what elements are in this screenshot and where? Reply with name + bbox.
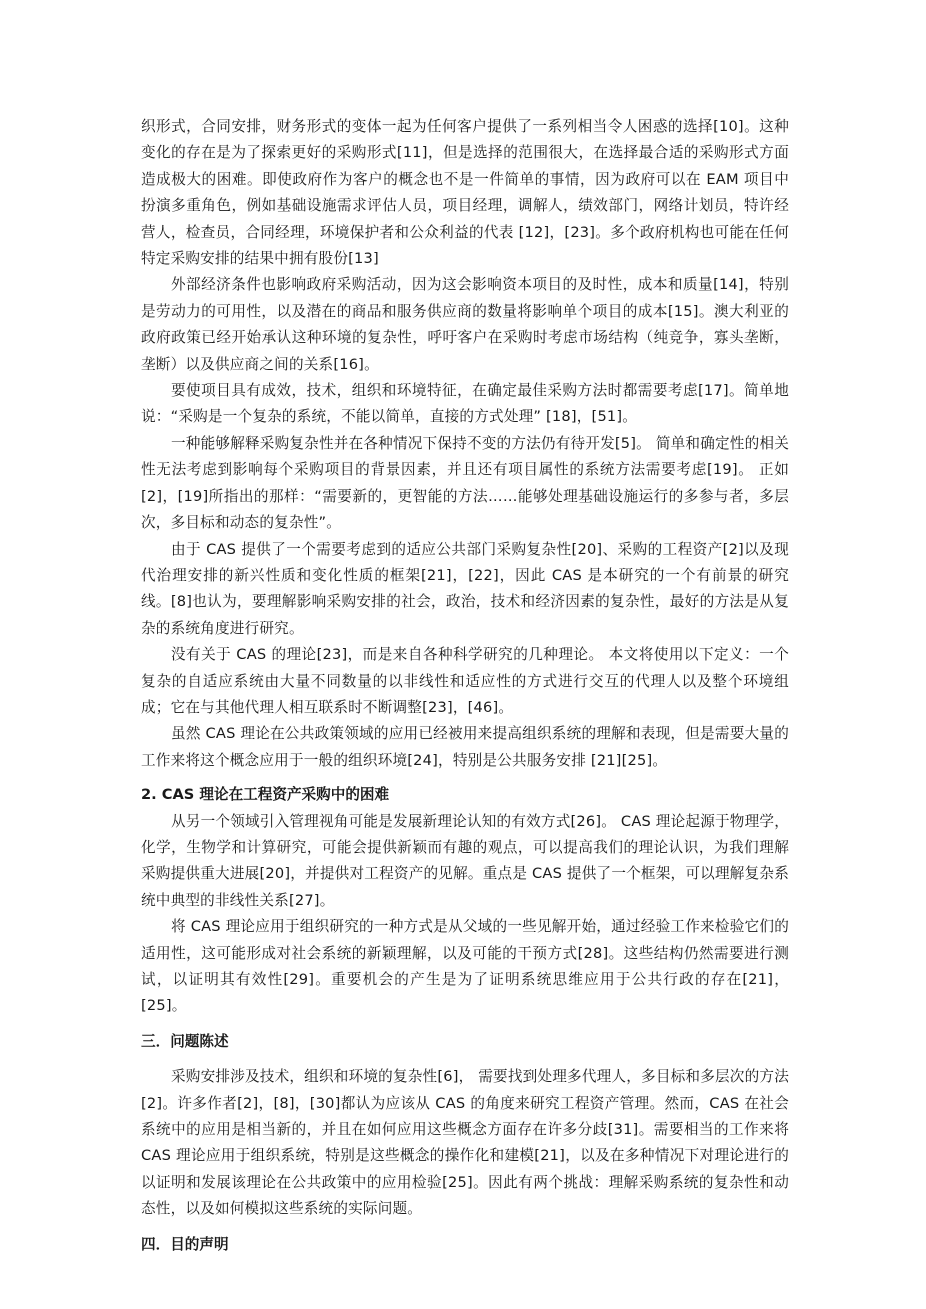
spacer: [141, 1055, 789, 1064]
paragraph: 由于 CAS 提供了一个需要考虑到的适应公共部门采购复杂性[20]、采购的工程资…: [141, 537, 789, 643]
document-page: 织形式，合同安排，财务形式的变体一起为任何客户提供了一系列相当令人困惑的选择[1…: [141, 114, 789, 1258]
paragraph: 虽然 CAS 理论在公共政策领域的应用已经被用来提高组织系统的理解和表现，但是需…: [141, 721, 789, 774]
section-heading-2: 2. CAS 理论在工程资产采购中的困难: [141, 782, 789, 808]
paragraph: 外部经济条件也影响政府采购活动，因为这会影响资本项目的及时性，成本和质量[14]…: [141, 272, 789, 378]
spacer: [141, 774, 789, 782]
section-heading-4: 四．目的声明: [141, 1232, 789, 1258]
section-heading-3: 三．问题陈述: [141, 1029, 789, 1055]
paragraph: 要使项目具有成效，技术，组织和环境特征，在确定最佳采购方法时都需要考虑[17]。…: [141, 378, 789, 431]
paragraph: 一种能够解释采购复杂性并在各种情况下保持不变的方法仍有待开发[5]。 简单和确定…: [141, 431, 789, 537]
paragraph: 从另一个领域引入管理视角可能是发展新理论认知的有效方式[26]。 CAS 理论起…: [141, 809, 789, 915]
paragraph: 将 CAS 理论应用于组织研究的一种方式是从父域的一些见解开始，通过经验工作来检…: [141, 914, 789, 1020]
spacer: [141, 1223, 789, 1232]
paragraph: 采购安排涉及技术，组织和环境的复杂性[6]， 需要找到处理多代理人，多目标和多层…: [141, 1064, 789, 1222]
paragraph: 没有关于 CAS 的理论[23]，而是来自各种科学研究的几种理论。 本文将使用以…: [141, 642, 789, 721]
paragraph-continuation: 织形式，合同安排，财务形式的变体一起为任何客户提供了一系列相当令人困惑的选择[1…: [141, 114, 789, 272]
spacer: [141, 1020, 789, 1029]
